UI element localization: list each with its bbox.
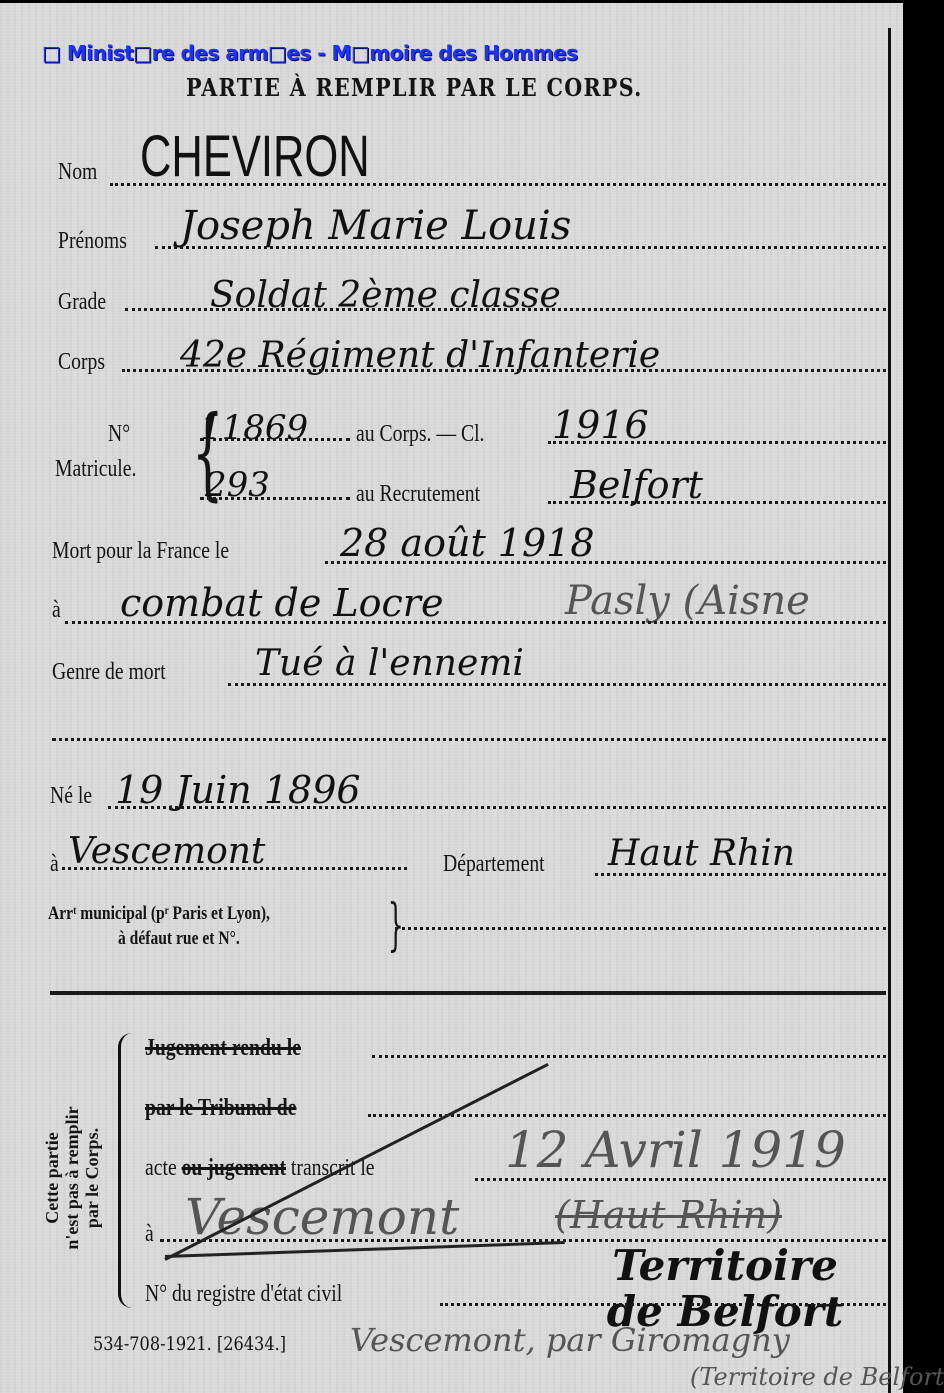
prenoms-value: Joseph Marie Louis <box>180 203 571 249</box>
recrutement-number-line <box>200 497 350 500</box>
corps-number-line <box>200 438 350 441</box>
page-title: PARTIE À REMPLIR PAR LE CORPS. <box>186 73 643 102</box>
lieu-mort-value-alt: Pasly (Aisne <box>565 578 810 624</box>
a-value-struck: (Haut Rhin) <box>555 1193 782 1237</box>
lieu-mort-line <box>65 621 886 624</box>
lower-section-brace <box>118 1033 133 1308</box>
genre-mort-value: Tué à l'ennemi <box>255 643 524 684</box>
lieu-mort-label: à <box>52 597 61 624</box>
au-corps-label: au Corps. — Cl. <box>356 421 484 448</box>
lieu-naissance-line <box>62 867 407 870</box>
arrondissement-label-1: Arrᵗ municipal (pʳ Paris et Lyon), <box>48 903 270 925</box>
grade-label: Grade <box>58 289 106 316</box>
arrondissement-line <box>395 927 886 930</box>
transcrit-line <box>475 1178 886 1181</box>
nom-value: CHEVIRON <box>140 123 370 190</box>
prenoms-line <box>155 246 886 249</box>
print-code: 534-708-1921. [26434.] <box>93 1333 286 1355</box>
corps-line <box>122 369 886 372</box>
a-value: Vescemont <box>185 1188 459 1246</box>
registre-label: N° du registre d'état civil <box>145 1281 342 1308</box>
document-page: □ Minist□re des arm□es - M□moire des Hom… <box>0 3 903 1393</box>
blank-line <box>52 738 886 741</box>
matricule-label: Matricule. <box>55 456 136 483</box>
mort-line <box>325 561 886 564</box>
lieu-naissance-value: Vescemont <box>68 831 265 872</box>
page-border <box>888 28 891 1393</box>
classe-line <box>548 441 886 444</box>
arrondissement-brace: } <box>388 898 404 954</box>
au-recrutement-label: au Recrutement <box>356 481 480 508</box>
lieu-mort-value: combat de Locre <box>120 581 443 625</box>
departement-value: Haut Rhin <box>608 833 795 874</box>
section-divider <box>50 991 886 995</box>
lieu-naissance-label: à <box>50 851 59 878</box>
no-label: N° <box>108 421 130 448</box>
departement-label: Département <box>443 851 545 878</box>
prenoms-label: Prénoms <box>58 228 127 255</box>
tribunal-label: par le Tribunal de <box>145 1095 296 1122</box>
corps-label: Corps <box>58 349 105 376</box>
ne-le-label: Né le <box>50 783 92 810</box>
mort-date: 28 août 1918 <box>340 521 595 565</box>
watermark: □ Minist□re des arm□es - M□moire des Hom… <box>42 41 578 65</box>
nom-label: Nom <box>58 159 97 186</box>
footer-annotation-2: (Territoire de Belfort) <box>690 1363 944 1391</box>
nom-line <box>110 183 886 186</box>
corps-number: 11869 <box>200 408 308 448</box>
departement-line <box>595 873 886 876</box>
jugement-label: Jugement rendu le <box>145 1035 301 1062</box>
grade-line <box>125 308 886 311</box>
transcrit-value: 12 Avril 1919 <box>505 1121 846 1179</box>
genre-mort-line <box>228 683 886 686</box>
a-label: à <box>145 1221 154 1248</box>
registre-line <box>440 1303 886 1306</box>
genre-mort-label: Genre de mort <box>52 659 166 686</box>
mort-label: Mort pour la France le <box>52 538 229 565</box>
footer-annotation: Vescemont, par Giromagny <box>350 1321 790 1359</box>
ne-le-line <box>108 806 886 809</box>
jugement-line <box>372 1055 886 1058</box>
arrondissement-label-2: à défaut rue et N°. <box>118 928 240 950</box>
recrutement-line <box>548 501 886 504</box>
side-note: Cette partie n'est pas à remplir par le … <box>42 1053 102 1303</box>
